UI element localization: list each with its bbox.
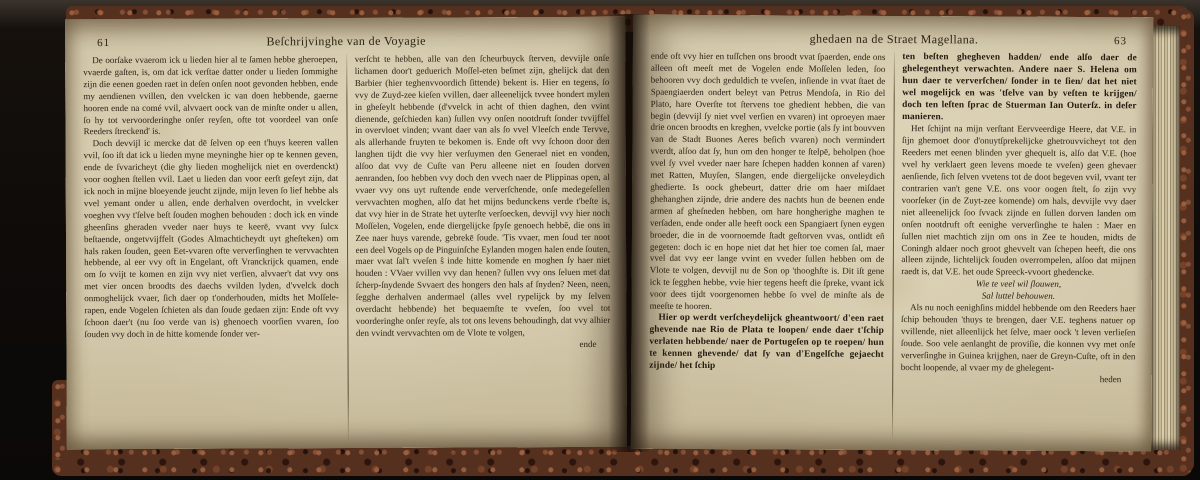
paragraph: Het ſchijnt na mijn verſtant Eervveerdig… [901,123,1136,279]
book-scan-photo: 61 Beſchrijvinghe van de Voyagie De oorſ… [0,0,1200,480]
left-page-number: 61 [97,37,110,49]
paragraph: Hier op werdt verſcheydelijck gheantwoor… [649,313,884,374]
left-page-columns: De oorſake vvaerom ick u lieden hier al … [83,53,611,441]
left-page-header: 61 Beſchrijvinghe van de Voyagie [83,31,609,55]
right-page-columns: ende oft vvy hier en tuſſchen ons broodt… [649,51,1137,440]
paragraph: ende oft vvy hier en tuſſchen ons broodt… [650,51,886,314]
paragraph: verſcht te hebben, alle van den ſcheurbu… [355,53,611,340]
catchword: heden [901,374,1136,387]
center-gutter-shadow [608,14,650,452]
paragraph: Doch devvijl ic mercke dat dē ſelven op … [84,137,339,341]
paragraph: ten beſten ghegheven hadden/ ende alſo d… [902,52,1137,125]
text-column: verſcht te hebben, alle van den ſcheurbu… [347,53,611,440]
paragraph: De oorſake vvaerom ick u lieden hier al … [83,54,338,138]
right-page-number: 63 [1114,35,1127,47]
text-column: ten beſten ghegheven hadden/ ende alſo d… [892,52,1137,439]
right-page-surface: 63 ghedaen na de Straet Magellana. ende … [631,15,1153,452]
left-page: 61 Beſchrijvinghe van de Voyagie De oorſ… [65,17,627,449]
paragraph: Als nu noch eenighſins middel hebbende o… [901,302,1136,375]
fore-edge-page-stack [1150,26,1180,450]
catchword: ende [356,339,611,352]
right-page-header: 63 ghedaen na de Straet Magellana. [651,29,1137,54]
left-page-surface: 61 Beſchrijvinghe van de Voyagie De oorſ… [65,17,627,449]
right-running-title: ghedaen na de Straet Magellana. [651,29,1137,49]
left-running-title: Beſchrijvinghe van de Voyagie [83,31,609,50]
text-column: De oorſake vvaerom ick u lieden hier al … [83,54,347,441]
text-column: ende oft vvy hier en tuſſchen ons broodt… [649,51,894,438]
paragraph: Wie te veel wil ſlouwen, Sal luttel beho… [901,278,1136,303]
right-page: 63 ghedaen na de Straet Magellana. ende … [631,15,1153,452]
book-cover-right-edge [1178,10,1194,472]
